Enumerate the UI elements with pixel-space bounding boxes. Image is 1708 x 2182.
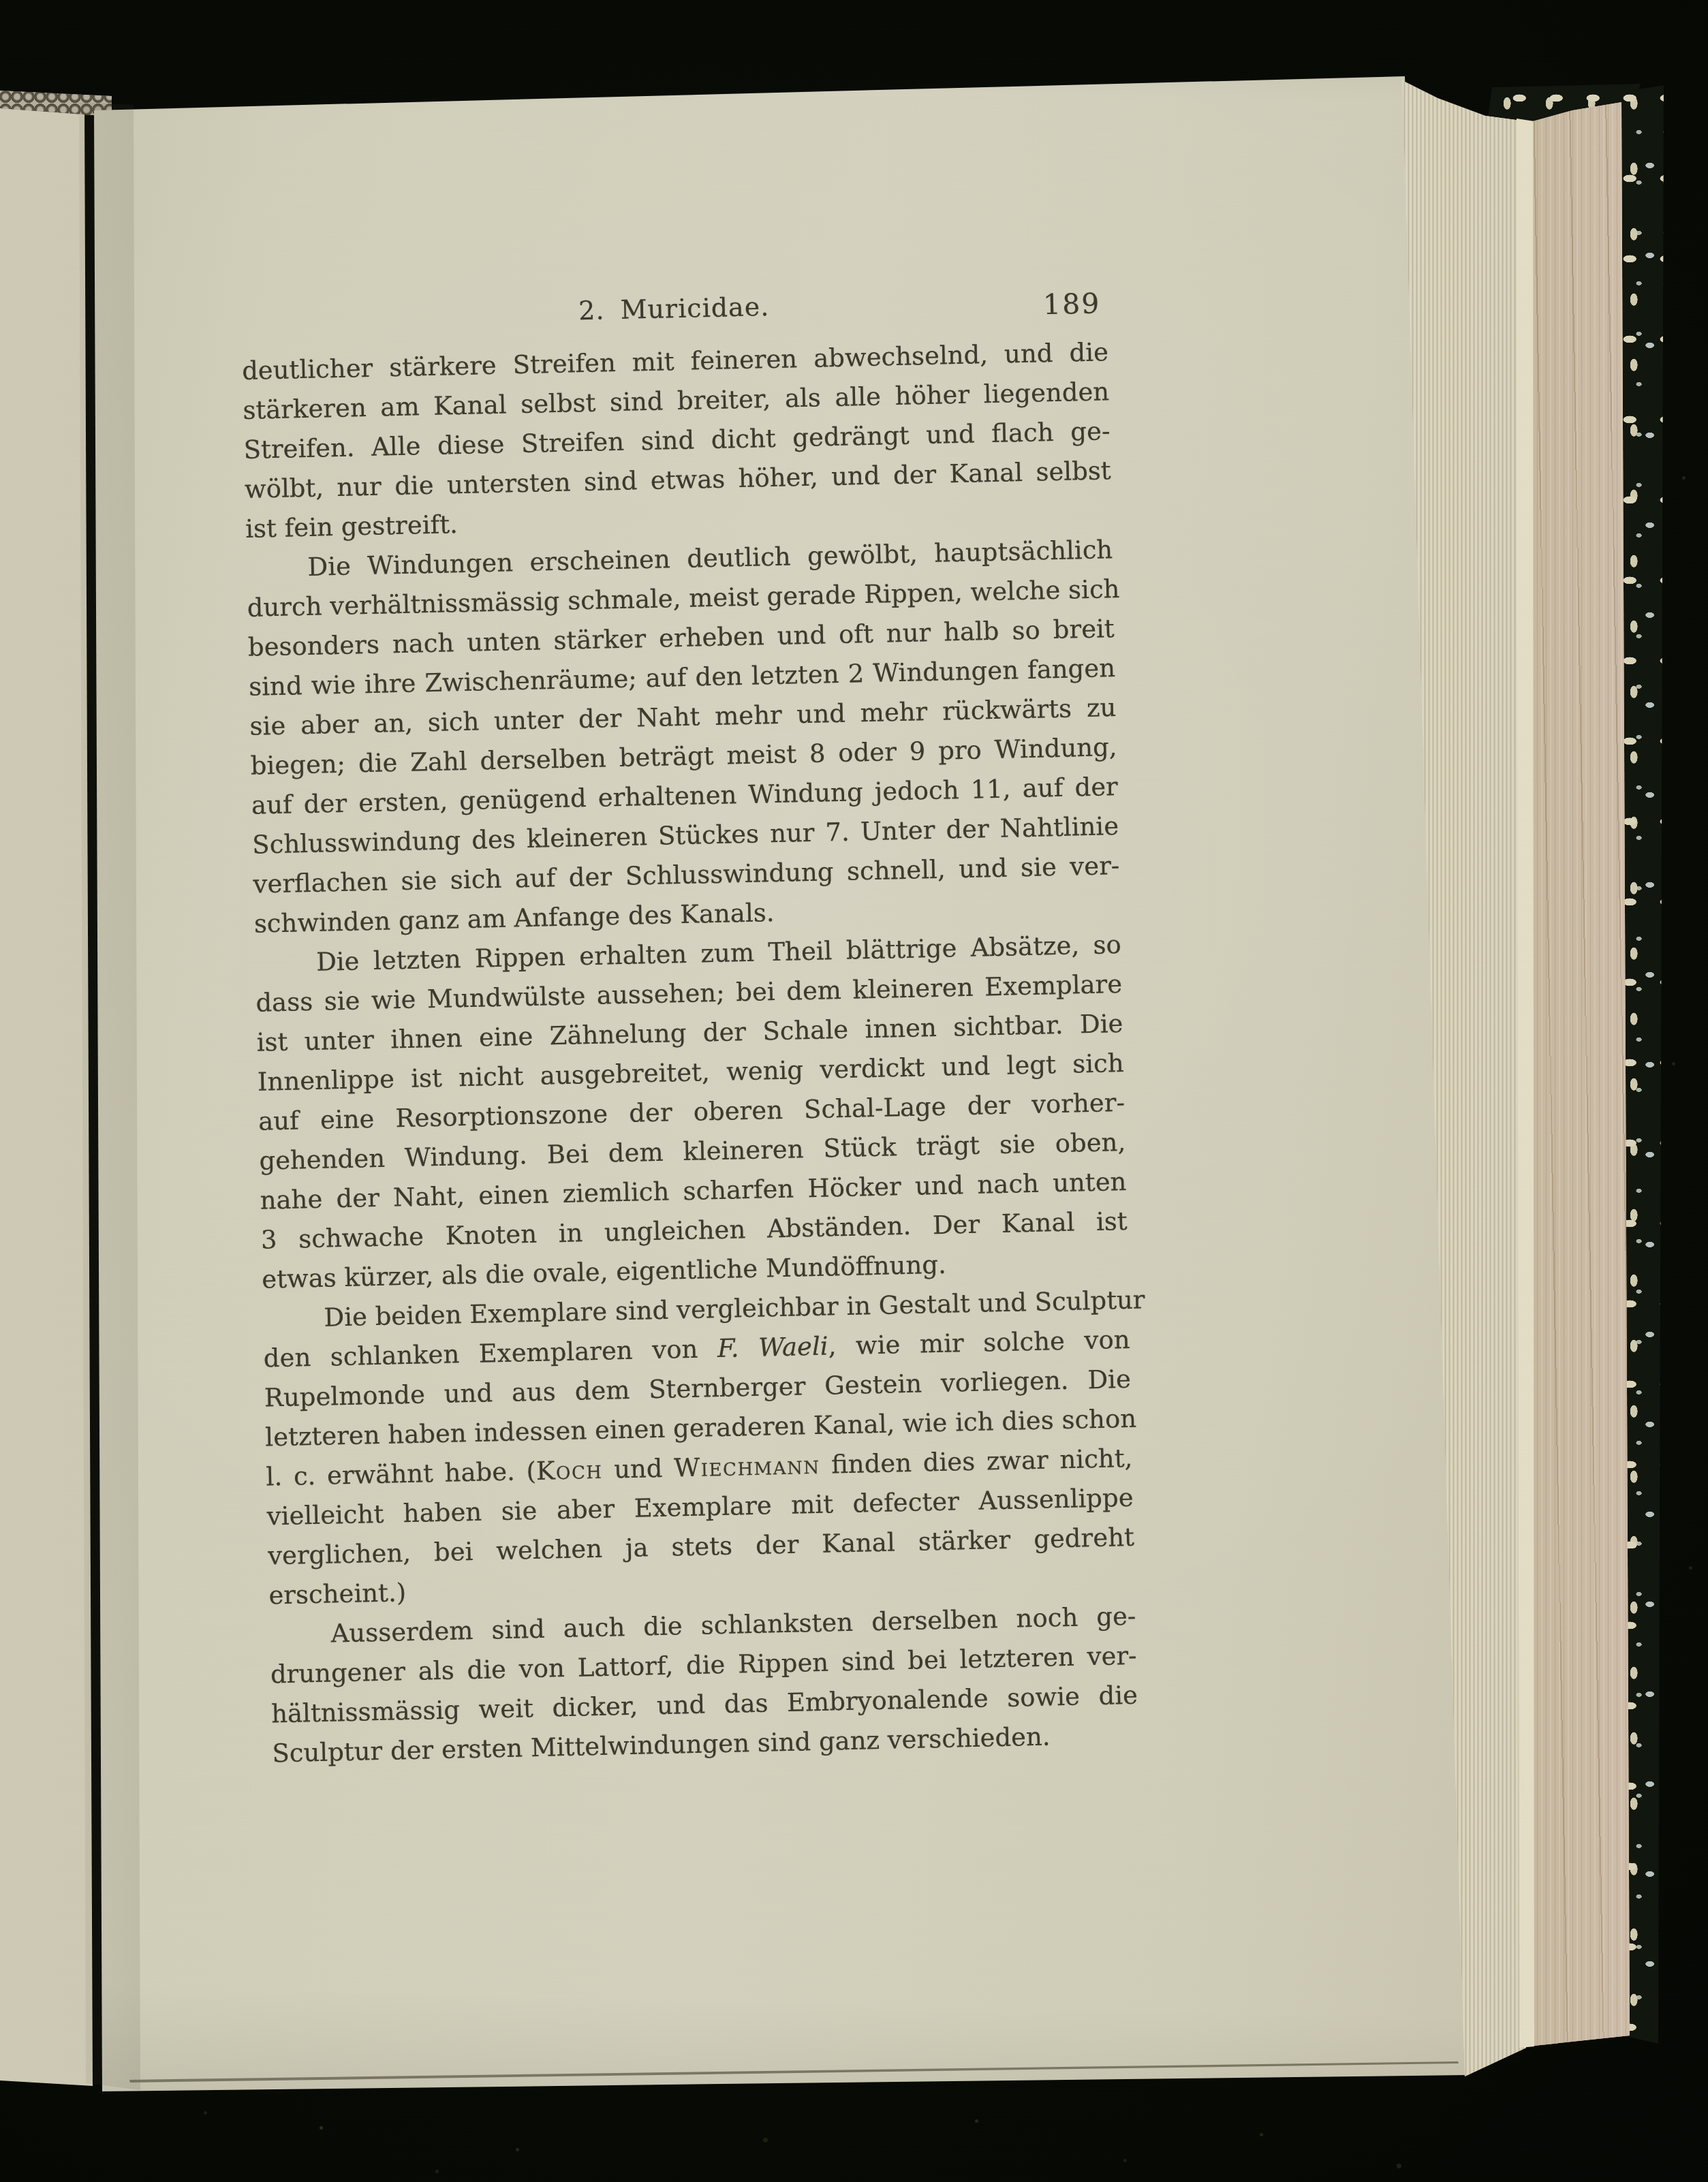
running-head: 2. Muricidae.	[240, 279, 1108, 338]
paragraph: Die Windungen erscheinen deutlich gewölb…	[246, 530, 1121, 944]
italic-text: F. Waeli	[717, 1332, 828, 1364]
dust-specks	[0, 0, 2, 2]
paragraph: deutlicher stärkere Streifen mit feinere…	[242, 332, 1113, 549]
smallcaps-text: Wiechmann	[674, 1450, 820, 1483]
smallcaps-text: Koch	[535, 1455, 602, 1486]
text-body: deutlicher stärkere Streifen mit feinere…	[242, 332, 1139, 1773]
text-segment: , wie mir solche von	[828, 1325, 1130, 1361]
paragraph: Die beiden Exemplare sind vergleichbar i…	[262, 1281, 1136, 1616]
page-number: 189	[1042, 283, 1101, 324]
text-segment: und	[602, 1454, 674, 1484]
scanned-book-photo: 2. Muricidae. 189 deutlicher stärkere St…	[0, 0, 1708, 2182]
paragraph: Ausserdem sind auch die schlanksten ders…	[269, 1597, 1139, 1774]
text-segment: l. c. erwähnt habe. (	[266, 1456, 536, 1492]
paragraph: Die letzten Rippen erhalten zum Theil bl…	[255, 925, 1129, 1300]
text-segment: den schlanken Exemplaren von	[263, 1334, 717, 1373]
text-segment: finden dies zwar nicht,	[820, 1444, 1133, 1480]
page-text-block: 2. Muricidae. 189 deutlicher stärkere St…	[240, 253, 1139, 1773]
